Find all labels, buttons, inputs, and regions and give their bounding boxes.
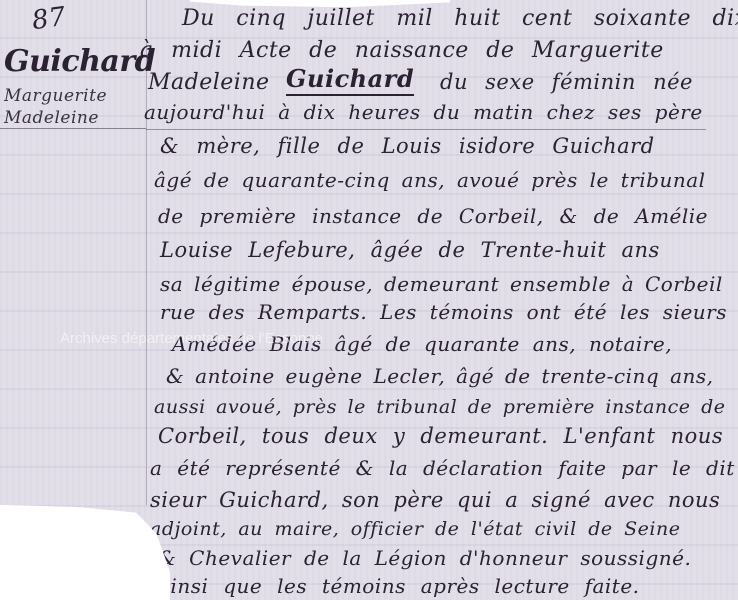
- body-line-3b: du sexe féminin née: [440, 70, 693, 94]
- margin-surname: Guichard: [4, 44, 155, 79]
- register-page: 87 Guichard Marguerite Madeleine Du cinq…: [0, 0, 738, 600]
- body-line-9: sa légitime épouse, demeurant ensemble à…: [160, 272, 723, 296]
- body-line-13: aussi avoué, près le tribunal de premièr…: [154, 396, 726, 418]
- body-line-7: de première instance de Corbeil, & de Am…: [158, 204, 708, 228]
- body-line-2: à midi Acte de naissance de Marguerite: [140, 38, 664, 63]
- body-line-6: âgé de quarante-cinq ans, avoué près le …: [154, 168, 706, 192]
- margin-given-name-2: Madeleine: [4, 108, 99, 128]
- archive-watermark: Archives départementales de l'Essonne: [60, 330, 323, 347]
- body-line-17: adjoint, au maire, officier de l'état ci…: [150, 518, 680, 540]
- margin-given-name-1: Marguerite: [4, 86, 107, 106]
- child-surname: Guichard: [286, 64, 414, 96]
- body-line-18: & Chevalier de la Légion d'honneur souss…: [158, 546, 691, 570]
- entry-number: 87: [30, 2, 68, 36]
- body-line-3a: Madeleine: [148, 70, 270, 95]
- body-line-10: rue des Remparts. Les témoins ont été le…: [160, 300, 727, 324]
- body-line-12: & antoine eugène Lecler, âgé de trente-c…: [166, 364, 714, 388]
- body-line-16: sieur Guichard, son père qui a signé ave…: [150, 488, 720, 512]
- body-line-8: Louise Lefebure, âgée de Trente-huit ans: [160, 238, 660, 262]
- margin-separator: [0, 128, 146, 129]
- torn-corner: [0, 505, 170, 600]
- body-line-15: a été représenté & la déclaration faite …: [150, 456, 735, 480]
- body-line-1: Du cinq juillet mil huit cent soixante d…: [182, 6, 738, 31]
- body-line-19: ainsi que les témoins après lecture fait…: [158, 574, 640, 598]
- body-separator: [146, 129, 706, 130]
- body-line-5: & mère, fille de Louis isidore Guichard: [160, 134, 655, 158]
- body-line-14: Corbeil, tous deux y demeurant. L'enfant…: [158, 424, 723, 448]
- body-line-4: aujourd'hui à dix heures du matin chez s…: [144, 100, 703, 124]
